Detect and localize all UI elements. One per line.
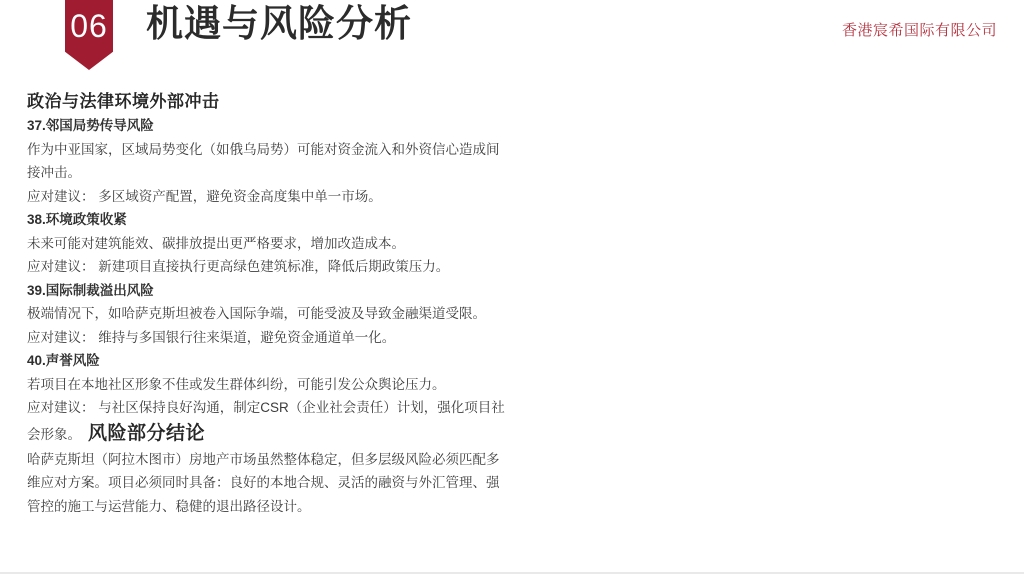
text-line: 哈萨克斯坦（阿拉木图市）房地产市场虽然整体稳定，但多层级风险必须匹配多 [27, 448, 513, 472]
text-line: 极端情况下，如哈萨克斯坦被卷入国际争端，可能受波及导致金融渠道受限。 [27, 302, 513, 326]
text-line: 38.环境政策收紧 [27, 208, 513, 232]
paragraph-tail: 会形象。 [27, 427, 81, 442]
body-text: 政治与法律环境外部冲击 37.邻国局势传导风险作为中亚国家，区域局势变化（如俄乌… [27, 90, 513, 518]
text-line: 应对建议： 新建项目直接执行更高绿色建筑标准，降低后期政策压力。 [27, 255, 513, 279]
text-blocks: 37.邻国局势传导风险作为中亚国家，区域局势变化（如俄乌局势）可能对资金流入和外… [27, 114, 513, 518]
text-line: 作为中亚国家，区域局势变化（如俄乌局势）可能对资金流入和外资信心造成间 [27, 138, 513, 162]
text-line: 应对建议： 维持与多国银行往来渠道，避免资金通道单一化。 [27, 326, 513, 350]
text-line: 会形象。风险部分结论 [27, 420, 513, 448]
text-line: 维应对方案。项目必须同时具备：良好的本地合规、灵活的融资与外汇管理、强 [27, 471, 513, 495]
text-line: 40.声誉风险 [27, 349, 513, 373]
company-name: 香港宸希国际有限公司 [842, 21, 997, 41]
chapter-number: 06 [70, 0, 108, 70]
text-line: 未来可能对建筑能效、碳排放提出更严格要求，增加改造成本。 [27, 232, 513, 256]
text-line: 应对建议： 与社区保持良好沟通，制定CSR（企业社会责任）计划，强化项目社 [27, 396, 513, 420]
text-line: 管控的施工与运营能力、稳健的退出路径设计。 [27, 495, 513, 519]
inline-section-heading: 风险部分结论 [88, 423, 205, 444]
page-title: 机遇与风险分析 [146, 3, 412, 45]
text-line: 39.国际制裁溢出风险 [27, 279, 513, 303]
text-line: 接冲击。 [27, 161, 513, 185]
text-line: 37.邻国局势传导风险 [27, 114, 513, 138]
chapter-number-badge: 06 [65, 0, 113, 70]
section-heading: 政治与法律环境外部冲击 [27, 90, 513, 114]
text-line: 若项目在本地社区形象不佳或发生群体纠纷，可能引发公众舆论压力。 [27, 373, 513, 397]
text-line: 应对建议： 多区域资产配置，避免资金高度集中单一市场。 [27, 185, 513, 209]
slide: 06 机遇与风险分析 香港宸希国际有限公司 政治与法律环境外部冲击 37.邻国局… [0, 0, 1024, 574]
